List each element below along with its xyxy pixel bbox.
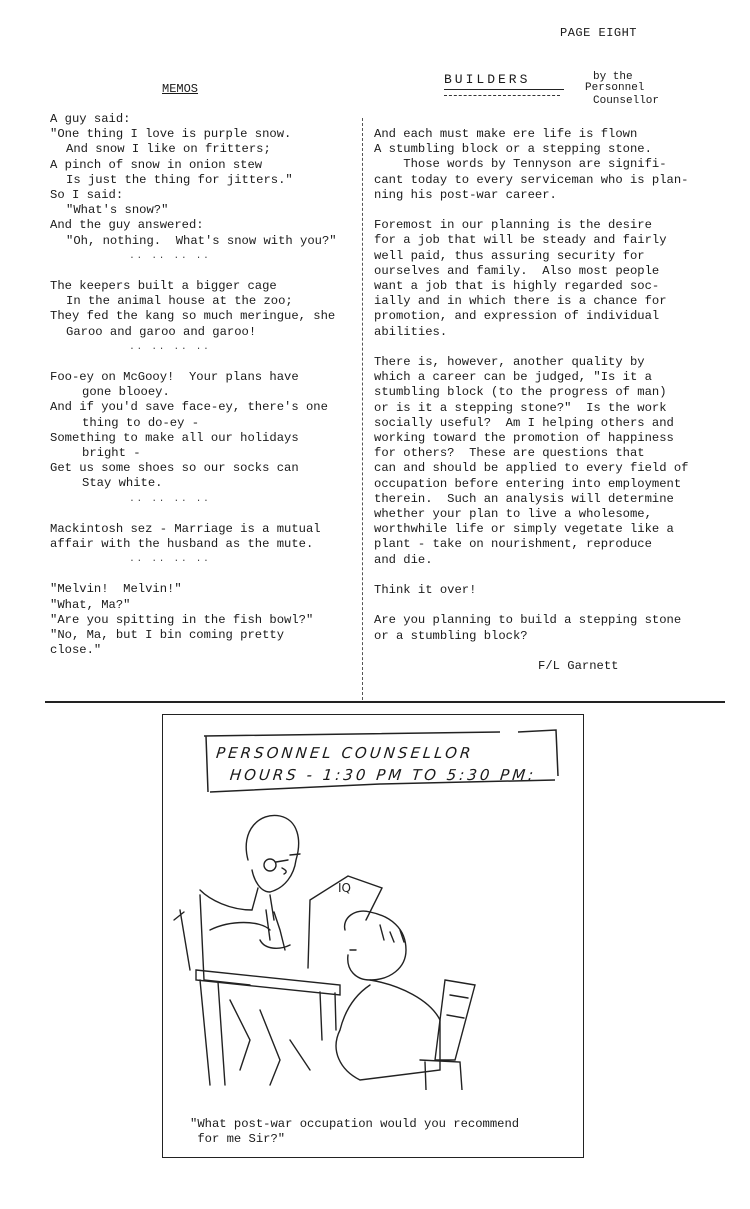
builders-byline: by thePersonnelCounsellor (585, 72, 659, 107)
sign-text: PERSONNEL COUNSELLORHOURS - 1:30 PM TO 5… (213, 742, 540, 786)
svg-text:IQ: IQ (338, 881, 351, 895)
memo-line: Foo-ey on McGooy! Your plans have (50, 370, 350, 385)
page-number: PAGE EIGHT (560, 26, 637, 40)
builders-column: And each must make ere life is flown A s… (374, 127, 714, 674)
memo-line: close." (50, 643, 350, 658)
memo-line: Get us some shoes so our socks can (50, 461, 350, 476)
memo-separator: .. .. .. .. (50, 552, 290, 567)
memo-line: "Are you spitting in the fish bowl?" (50, 613, 350, 628)
memo-line: Stay white. (50, 476, 350, 491)
sign-line-2: HOURS - 1:30 PM TO 5:30 PM: (213, 764, 538, 786)
memo-line: Garoo and garoo and garoo! (50, 325, 350, 340)
builders-paragraph: Think it over! (374, 583, 714, 598)
memo-line: The keepers built a bigger cage (50, 279, 350, 294)
byline-counsellor: Counsellor (585, 96, 659, 107)
memo-separator: .. .. .. .. (50, 492, 290, 507)
builders-title-text: BUILDERS (444, 72, 530, 87)
memo-line: "What, Ma?" (50, 598, 350, 613)
memo-line: "No, Ma, but I bin coming pretty (50, 628, 350, 643)
memo-line: A pinch of snow in onion stew (50, 158, 350, 173)
column-divider (362, 118, 363, 700)
builders-paragraph: And each must make ere life is flown A s… (374, 127, 714, 203)
memo-line: "Oh, nothing. What's snow with you?" (50, 234, 350, 249)
memo-line: gone blooey. (50, 385, 350, 400)
title-double-underline (444, 95, 560, 96)
memo-line: "One thing I love is purple snow. (50, 127, 350, 142)
memo-line: They fed the kang so much meringue, she (50, 309, 350, 324)
memo-line: So I said: (50, 188, 350, 203)
memo-separator: .. .. .. .. (50, 249, 290, 264)
byline-personnel: Personnel (585, 83, 659, 94)
memo-line: And if you'd save face-ey, there's one (50, 400, 350, 415)
cartoon-caption: "What post-war occupation would you reco… (190, 1117, 519, 1147)
builders-paragraph: Foremost in our planning is the desire f… (374, 218, 714, 340)
memo-separator: .. .. .. .. (50, 340, 290, 355)
memo-line: And the guy answered: (50, 218, 350, 233)
signature: F/L Garnett (374, 659, 714, 674)
sign-line-1: PERSONNEL COUNSELLOR (215, 742, 540, 764)
memo-line: A guy said: (50, 112, 350, 127)
memo-line: And snow I like on fritters; (50, 142, 350, 157)
memo-line: Mackintosh sez - Marriage is a mutual (50, 522, 350, 537)
memo-line: Something to make all our holidays (50, 431, 350, 446)
memo-line: affair with the husband as the mute. (50, 537, 350, 552)
memo-line: "Melvin! Melvin!" (50, 582, 350, 597)
memos-title: MEMOS (162, 82, 198, 96)
builders-paragraph: There is, however, another quality by wh… (374, 355, 714, 568)
section-divider (45, 701, 725, 703)
memo-line: bright - (50, 446, 350, 461)
memos-column: A guy said:"One thing I love is purple s… (50, 112, 350, 659)
title-underline (444, 89, 564, 90)
cartoon-illustration: IQ (170, 800, 570, 1090)
builders-title: BUILDERS (444, 72, 564, 96)
memo-line: Is just the thing for jitters." (50, 173, 350, 188)
memo-line: In the animal house at the zoo; (50, 294, 350, 309)
memo-line: thing to do-ey - (50, 416, 350, 431)
memo-line: "What's snow?" (50, 203, 350, 218)
builders-paragraph: Are you planning to build a stepping sto… (374, 613, 714, 643)
